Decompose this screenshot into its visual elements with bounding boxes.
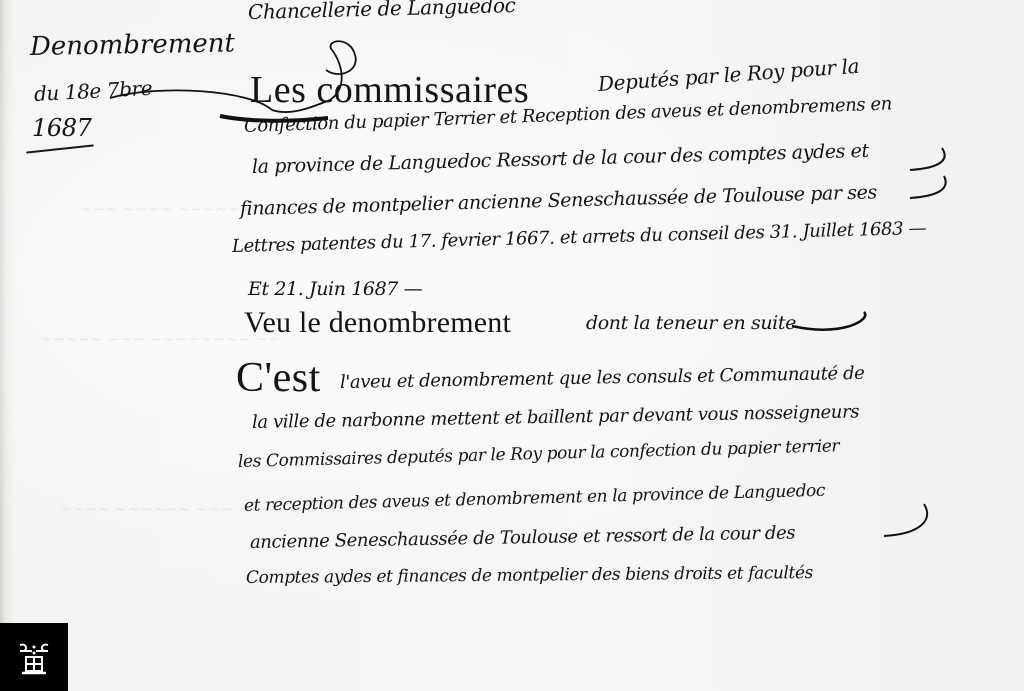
- paragraph-line-6: Comptes aydes et finances de montpelier …: [246, 563, 813, 588]
- paragraph-line-3: les Commissaires deputés par le Roy pour…: [238, 436, 840, 472]
- margin-year: 1687: [32, 114, 91, 142]
- archive-logo: [0, 623, 68, 691]
- line-end-flourish-icon: [790, 308, 870, 338]
- paragraph-line-5: ancienne Seneschaussée de Toulouse et re…: [250, 522, 795, 553]
- margin-brace-icon: [880, 490, 940, 550]
- archive-tower-icon: [16, 637, 52, 677]
- body-line-1: Deputés par le Roy pour la: [597, 54, 860, 96]
- heading-veu-denombrement: Veu le denombrement: [244, 306, 511, 340]
- heading-commissaires: Les commissaires: [250, 68, 529, 112]
- year-underline: [26, 144, 94, 153]
- heading-cest: C'est: [236, 354, 321, 402]
- paragraph-line-2: la ville de narbonne mettent et baillent…: [252, 401, 859, 433]
- heading-veu-tail: dont la teneur en suite: [586, 312, 796, 334]
- body-line-3: la province de Languedoc Ressort de la c…: [252, 140, 869, 178]
- paragraph-line-4: et reception des aveus et denombrement e…: [244, 481, 826, 516]
- body-line-5: Lettres patentes du 17. fevrier 1667. et…: [232, 218, 927, 257]
- paragraph-line-1: l'aveu et denombrement que les consuls e…: [340, 363, 865, 393]
- manuscript-page: ~~~ ~~~~ ~~~~~~ ~~~~ ~~~ ~~~~~ ~~~ ~~~~~…: [0, 0, 1024, 691]
- body-line-4: finances de montpelier ancienne Senescha…: [240, 181, 877, 220]
- body-line-6: Et 21. Juin 1687 —: [248, 278, 422, 300]
- margin-brace-icon: [900, 140, 960, 260]
- header-fragment: Chancellerie de Languedoc: [248, 0, 516, 24]
